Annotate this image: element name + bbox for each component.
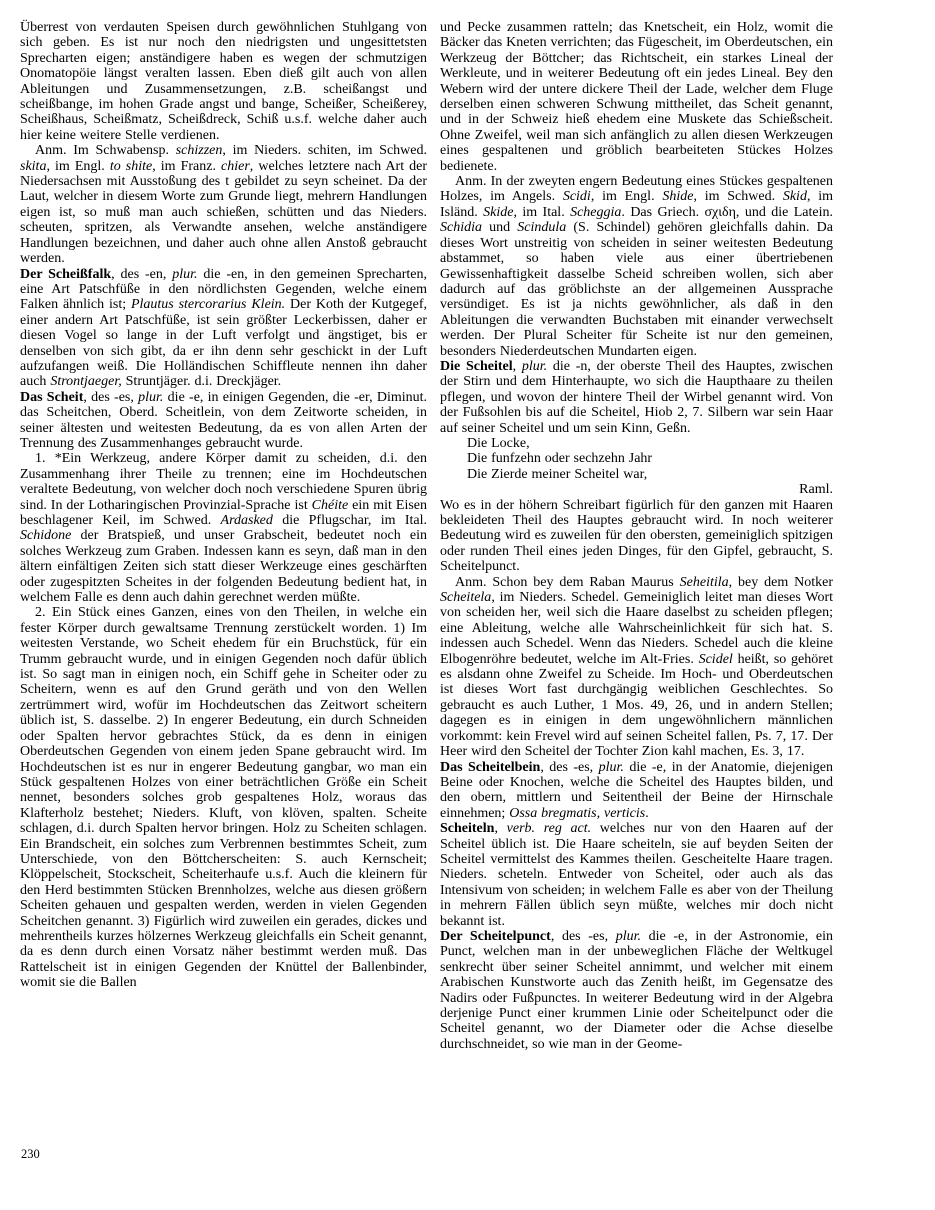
italic-term: Skide xyxy=(483,205,513,220)
text-run: . Das Griech. σχιδη, und die Latein. xyxy=(621,205,833,220)
paragraph-indent: 1. *Ein Werkzeug, andere Körper damit zu… xyxy=(20,451,427,605)
headword: Der Scheitelpunct xyxy=(440,929,551,944)
paragraph-plain: Überrest von verdauten Speisen durch gew… xyxy=(20,20,427,143)
text-run: , bey dem Notker xyxy=(729,575,833,590)
text-run: die Pflugschar, im Ital. xyxy=(273,513,427,528)
italic-term: Scidel xyxy=(699,652,733,667)
text-run: die -e, in der Astronomie, ein Punct, we… xyxy=(440,929,833,1052)
paragraph-plain: und Pecke zusammen ratteln; das Knetsche… xyxy=(440,20,833,174)
text-run: , welches letztere nach Art der Niedersa… xyxy=(20,159,427,266)
text-run: , im Engl. xyxy=(46,159,109,174)
italic-term: Scindula xyxy=(517,220,566,235)
text-run: Raml. xyxy=(799,482,833,497)
paragraph-plain: Scheiteln, verb. reg act. welches nur vo… xyxy=(440,821,833,929)
text-run: (S. Schindel) gehören gleichfalls dahin.… xyxy=(440,220,833,358)
paragraph-verse: Die Zierde meiner Scheitel war, xyxy=(467,467,833,482)
headword: Der Scheißfalk xyxy=(20,267,111,282)
italic-term: Seheitila xyxy=(680,575,729,590)
paragraph-plain: Der Scheißfalk, des -en, plur. die -en, … xyxy=(20,267,427,390)
page-number: 230 xyxy=(21,1147,40,1161)
text-run: und xyxy=(482,220,517,235)
headword: Das Scheitelbein xyxy=(440,760,540,775)
text-run: Anm. Im Schwabensp. xyxy=(35,143,176,158)
text-run: . xyxy=(645,806,649,821)
paragraph-plain: Die Scheitel, plur. die -n, der oberste … xyxy=(440,359,833,436)
paragraph-attribution: Raml. xyxy=(440,482,833,497)
italic-term: schizzen xyxy=(176,143,223,158)
text-run: Die Locke, xyxy=(467,436,530,451)
paragraph-indent: 2. Ein Stück eines Ganzen, eines von den… xyxy=(20,605,427,990)
text-run: , im Nieders. schiten, im Schwed. xyxy=(222,143,427,158)
headword: Die Scheitel xyxy=(440,359,513,374)
italic-term: Strontjaeger, xyxy=(50,374,121,389)
text-run: , im Franz. xyxy=(152,159,221,174)
text-run: und Pecke zusammen ratteln; das Knetsche… xyxy=(440,20,833,174)
paragraph-plain: Das Scheit, des -es, plur. die -e, in ei… xyxy=(20,390,427,452)
italic-term: plur. xyxy=(616,929,641,944)
text-run: , xyxy=(494,821,506,836)
italic-term: Ossa bregmatis, verticis xyxy=(509,806,645,821)
italic-term: skita xyxy=(20,159,46,174)
text-run: Struntjäger. d.i. Dreckjäger. xyxy=(122,374,281,389)
paragraph-plain: Der Scheitelpunct, des -es, plur. die -e… xyxy=(440,929,833,1052)
italic-term: Ardasked xyxy=(221,513,273,528)
headword: Scheiteln xyxy=(440,821,494,836)
italic-term: to shite xyxy=(110,159,152,174)
italic-term: Plautus stercorarius Klein. xyxy=(131,297,285,312)
italic-term: verb. reg act. xyxy=(507,821,591,836)
text-run: , des -es, xyxy=(551,929,616,944)
italic-term: Scheggia xyxy=(570,205,621,220)
paragraph-verse: Die funfzehn oder sechzehn Jahr xyxy=(467,451,833,466)
italic-term: plur. xyxy=(138,390,163,405)
text-run: , des -es, xyxy=(83,390,138,405)
text-run: , des -en, xyxy=(111,267,172,282)
headword: Das Scheit xyxy=(20,390,83,405)
text-run: , im Schwed. xyxy=(693,189,782,204)
italic-term: chier xyxy=(221,159,250,174)
text-run: Überrest von verdauten Speisen durch gew… xyxy=(20,20,427,143)
italic-term: Scidi xyxy=(563,189,591,204)
italic-term: plur. xyxy=(522,359,547,374)
text-run: 2. Ein Stück eines Ganzen, eines von den… xyxy=(20,605,427,990)
italic-term: plur. xyxy=(599,760,624,775)
text-run: der Bratspieß, und unser Grabscheit, bed… xyxy=(20,528,427,605)
paragraph-verse: Die Locke, xyxy=(467,436,833,451)
text-run: , des -es, xyxy=(540,760,598,775)
italic-term: Scheitela xyxy=(440,590,491,605)
italic-term: Schidia xyxy=(440,220,482,235)
text-run: Die Zierde meiner Scheitel war, xyxy=(467,467,647,482)
text-run: , im Ital. xyxy=(513,205,570,220)
paragraph-plain: Das Scheitelbein, des -es, plur. die -e,… xyxy=(440,760,833,822)
column-right: und Pecke zusammen ratteln; das Knetsche… xyxy=(440,20,833,1052)
italic-term: plur. xyxy=(172,267,197,282)
text-run: , im Engl. xyxy=(591,189,663,204)
paragraph-indent: Anm. Im Schwabensp. schizzen, im Nieders… xyxy=(20,143,427,266)
italic-term: Schidone xyxy=(20,528,71,543)
paragraph-indent: Anm. In der zweyten engern Bedeutung ein… xyxy=(440,174,833,359)
italic-term: Shide xyxy=(662,189,693,204)
paragraph-plain: Wo es in der höhern Schreibart figürlich… xyxy=(440,498,833,575)
text-run: , xyxy=(513,359,522,374)
text-run: Anm. Schon bey dem Raban Maurus xyxy=(455,575,680,590)
text-run: Die funfzehn oder sechzehn Jahr xyxy=(467,451,652,466)
italic-term: Chéite xyxy=(312,498,349,513)
column-left: Überrest von verdauten Speisen durch gew… xyxy=(20,20,427,991)
italic-term: Skid xyxy=(783,189,807,204)
paragraph-indent: Anm. Schon bey dem Raban Maurus Seheitil… xyxy=(440,575,833,760)
text-run: Wo es in der höhern Schreibart figürlich… xyxy=(440,498,833,575)
text-run: welches nur von den Haaren auf der Schei… xyxy=(440,821,833,928)
text-run: heißt, so gehöret es alsdann ohne Zweife… xyxy=(440,652,833,759)
